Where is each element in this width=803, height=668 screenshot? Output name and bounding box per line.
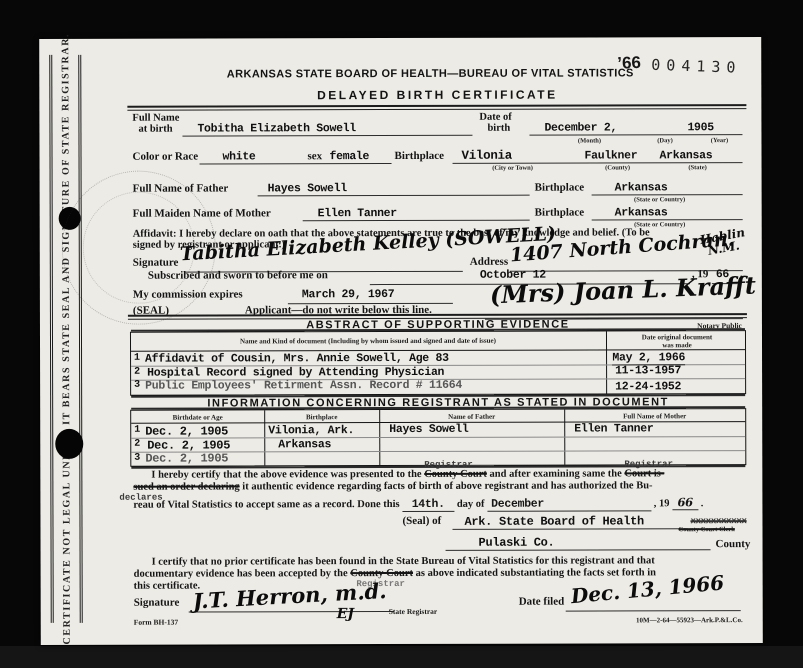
done-period: . bbox=[701, 498, 704, 509]
mother-birthplace-label: Birthplace bbox=[535, 207, 585, 219]
birthplace-county: Faulkner bbox=[584, 149, 637, 162]
struck-court-is: RegistrarCourt is- bbox=[624, 468, 664, 479]
month-caption: (Month) bbox=[534, 137, 644, 144]
color-race-label: Color or Race bbox=[133, 151, 199, 163]
father-birthplace: Arkansas bbox=[615, 181, 668, 194]
overtype-registrar: Registrar bbox=[424, 460, 473, 470]
done-year-prefix: , 19 bbox=[654, 498, 670, 509]
done-month: December bbox=[487, 497, 651, 511]
day-caption: (Day) bbox=[637, 137, 692, 144]
birthplace-label: Birthplace bbox=[394, 150, 444, 162]
commission-label: My commission expires bbox=[133, 288, 243, 300]
registrant-row-number: 2 bbox=[134, 439, 140, 450]
registrant-birthdate: Dec. 2, 1905 bbox=[145, 424, 228, 438]
year-caption: (Year) bbox=[694, 137, 744, 144]
evidence-col-divider bbox=[606, 331, 607, 393]
state-registrar-label: State Registrar bbox=[389, 607, 438, 616]
evidence-row-date: 11-13-1957 bbox=[615, 364, 681, 377]
registrant-header-mother: Full Name of Mother bbox=[564, 412, 745, 420]
county-caption: (County) bbox=[583, 164, 653, 171]
birth-year: 1905 bbox=[687, 121, 713, 134]
at-birth-label: at birth bbox=[138, 124, 172, 135]
birthplace-city: Vilonia bbox=[461, 149, 511, 163]
document-title: DELAYED BIRTH CERTIFICATE bbox=[129, 87, 745, 103]
date-filed-label: Date filed bbox=[519, 596, 565, 608]
evidence-name-header: Name and Kind of document (Including by … bbox=[131, 336, 605, 345]
seal-of-label: (Seal) of bbox=[402, 515, 441, 527]
registrant-father: Hayes Sowell bbox=[389, 423, 468, 436]
registrant-row-number: 3 bbox=[134, 453, 140, 464]
closing-line2-pre: documentary evidence has been accepted b… bbox=[134, 568, 348, 580]
sidebar-legal-notice: CERTIFICATE NOT LEGAL UNLESS IT BEARS ST… bbox=[49, 55, 82, 623]
registrant-birthplace: Vilonia, Ark. bbox=[268, 424, 354, 437]
birth-label: birth bbox=[487, 123, 510, 134]
initials-script: EJ bbox=[337, 606, 354, 622]
sex-label: sex bbox=[308, 150, 323, 162]
seal-holder-value: Ark. State Board of Health bbox=[464, 514, 643, 528]
sworn-label: Subscribed and sworn to before me on bbox=[148, 269, 328, 281]
signature-label: Signature bbox=[133, 257, 179, 269]
registrant-header-father: Name of Father bbox=[379, 413, 564, 421]
county-label: County bbox=[716, 538, 751, 550]
scan-bottom-band bbox=[0, 646, 803, 668]
certificate-number-stamp: 004130 bbox=[651, 56, 742, 77]
certification-line1-pre: I hereby certify that the above evidence… bbox=[151, 469, 421, 481]
evidence-row-name: Hospital Record signed by Attending Phys… bbox=[147, 366, 444, 380]
father-label: Full Name of Father bbox=[133, 182, 229, 194]
birth-certificate-paper: CERTIFICATE NOT LEGAL UNLESS IT BEARS ST… bbox=[39, 37, 763, 645]
registrant-table: Birthdate or Age Birthplace Name of Fath… bbox=[130, 408, 746, 467]
struck-county-court: RegistrarCounty Court bbox=[424, 469, 487, 480]
father-name: Hayes Sowell bbox=[268, 182, 347, 195]
closing-signature-label: Signature bbox=[134, 597, 180, 609]
commission-date: March 29, 1967 bbox=[302, 288, 394, 301]
mother-birthplace: Arkansas bbox=[615, 206, 668, 219]
registrant-row-number: 1 bbox=[134, 425, 140, 436]
evidence-row-number: 3 bbox=[134, 380, 140, 391]
legal-notice-text: CERTIFICATE NOT LEGAL UNLESS IT BEARS ST… bbox=[60, 33, 73, 645]
closing-line1: I certify that no prior certificate has … bbox=[152, 555, 655, 567]
city-caption: (City or Town) bbox=[458, 165, 568, 172]
state-caption: (State) bbox=[658, 164, 738, 171]
registrant-mother: Ellen Tanner bbox=[574, 422, 653, 435]
county-court-clerk-label: County Court Clerk bbox=[678, 526, 734, 533]
stamp-year: ’66 bbox=[617, 53, 641, 74]
closing-line2-post: as above indicated substantiating the fa… bbox=[416, 567, 656, 579]
evidence-row-number: 2 bbox=[134, 367, 140, 378]
done-year: 66 bbox=[672, 495, 698, 510]
clerk-strike-marks: xxxxxxxxxxx bbox=[690, 516, 746, 526]
punch-hole-bottom bbox=[55, 429, 83, 459]
birth-month-day: December 2, bbox=[544, 121, 617, 134]
full-name-label: Full Name bbox=[132, 113, 179, 124]
county-name-value: Pulaski Co. bbox=[479, 536, 555, 550]
done-day: 14th. bbox=[402, 498, 454, 512]
overtype-registrar: Registrar bbox=[624, 459, 673, 469]
mother-label: Full Maiden Name of Mother bbox=[133, 207, 271, 219]
full-name-value: Tobitha Elizabeth Sowell bbox=[197, 122, 355, 135]
certification-line3-pre: reau of Vital Statistics to accept same … bbox=[133, 499, 399, 511]
certification-line1-mid: and after examining same the bbox=[490, 468, 622, 479]
title-rule bbox=[127, 104, 746, 111]
form-number: Form BH-137 bbox=[134, 618, 178, 627]
father-birthplace-label: Birthplace bbox=[535, 182, 585, 194]
print-code: 10M—2-64—55923—Ark.P.&L.Co. bbox=[636, 616, 743, 624]
evidence-row-number: 1 bbox=[134, 353, 140, 364]
scanned-document-background: CERTIFICATE NOT LEGAL UNLESS IT BEARS ST… bbox=[0, 0, 803, 668]
birthplace-state: Arkansas bbox=[659, 149, 712, 162]
mother-name: Ellen Tanner bbox=[318, 207, 397, 220]
date-of-label: Date of bbox=[479, 112, 511, 123]
evidence-table: Name and Kind of document (Including by … bbox=[130, 330, 746, 396]
registrant-birthplace: Arkansas bbox=[278, 438, 331, 451]
registrant-header-birthplace: Birthplace bbox=[264, 413, 379, 421]
certification-line2: it authentic evidence regarding facts of… bbox=[242, 480, 652, 492]
registrant-birthdate: Dec. 2, 1905 bbox=[145, 451, 228, 465]
sex-value: female bbox=[330, 150, 370, 163]
struck-sued-declaring: sued an order declaringdeclares bbox=[133, 481, 239, 492]
evidence-row-name: Affidavit of Cousin, Mrs. Annie Sowell, … bbox=[145, 352, 449, 366]
evidence-date-header-2: was made bbox=[609, 341, 745, 349]
day-of-label: day of bbox=[457, 499, 485, 510]
evidence-row-date: 12-24-1952 bbox=[615, 380, 681, 393]
evidence-row-name: Public Employees' Retirment Assn. Record… bbox=[145, 379, 462, 393]
registrant-header-birthdate: Birthdate or Age bbox=[131, 413, 264, 421]
color-race-value: white bbox=[223, 150, 256, 163]
